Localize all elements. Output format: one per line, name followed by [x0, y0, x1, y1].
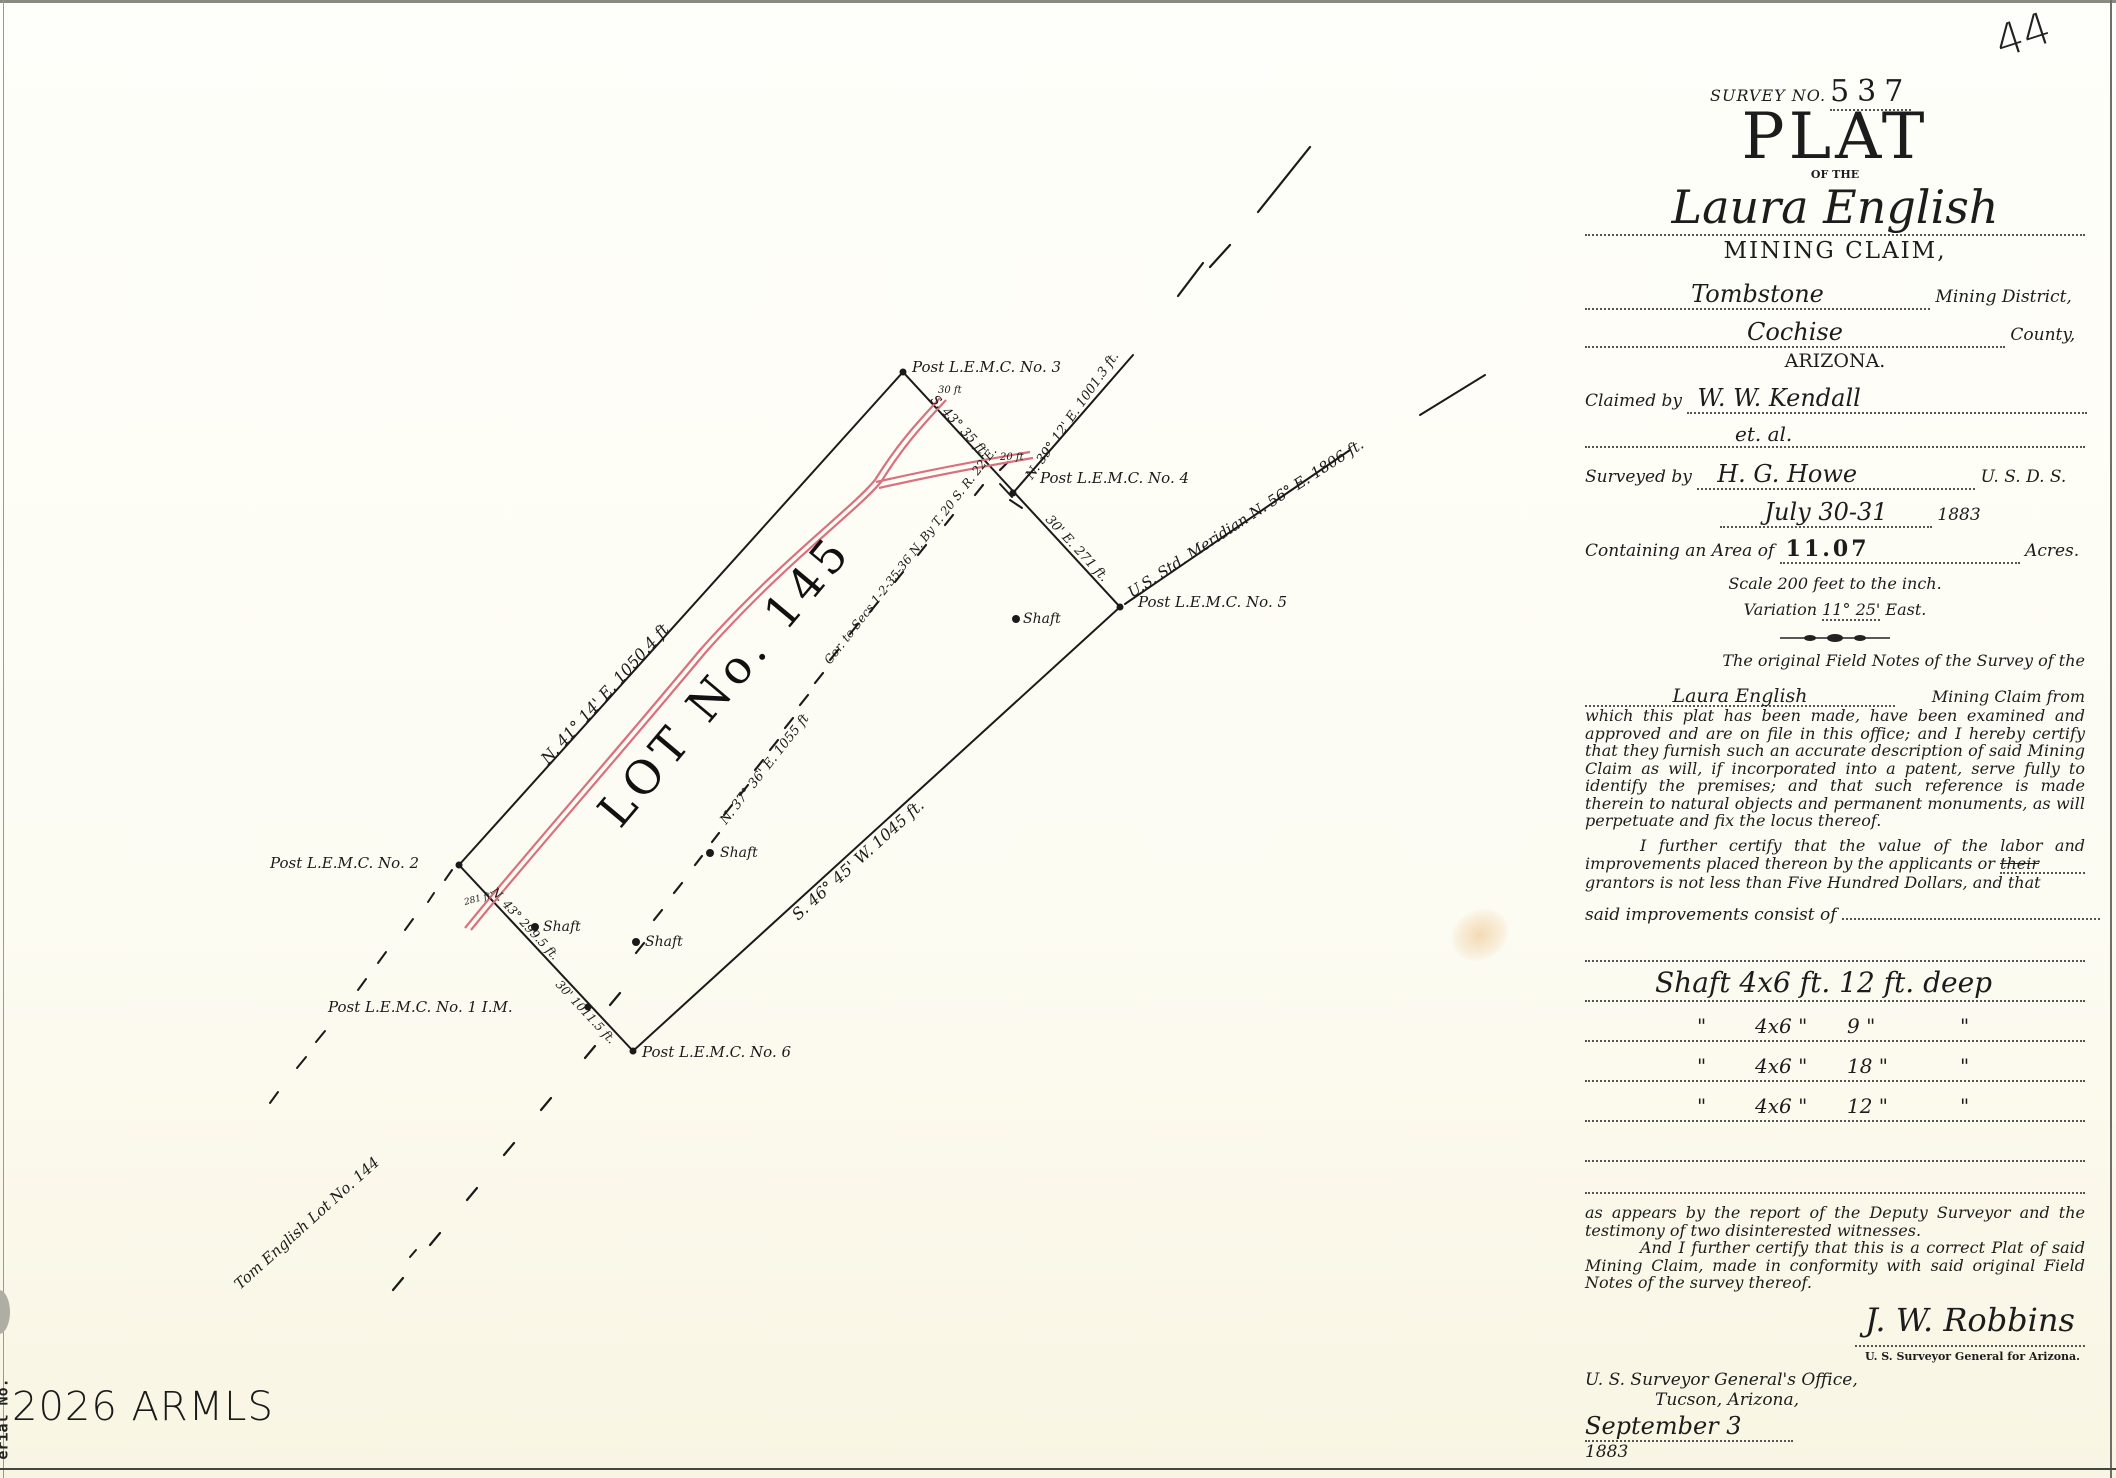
post-2-label: Post L.E.M.C. No. 2 — [269, 854, 419, 872]
post-6-marker — [630, 1048, 637, 1055]
improvement-4-ditto: " — [1697, 1094, 1706, 1118]
improvement-4-dims: 4x6 " — [1755, 1094, 1807, 1118]
county-value: Cochise — [1747, 318, 1843, 346]
improvements-blank-line-2 — [1585, 1122, 2085, 1162]
claimed-by-row: Claimed by W. W. Kendall — [1585, 384, 2085, 414]
improvements-blank-line — [1585, 922, 2085, 962]
post-4-label: Post L.E.M.C. No. 4 — [1039, 469, 1189, 487]
para1-lead: The original Field Notes of the Survey o… — [1585, 652, 2085, 670]
survey-date-row: July 30-31 1883 — [1585, 498, 2085, 528]
improvement-3-depth: 18 " — [1847, 1054, 1888, 1078]
improvement-2-ditto: " — [1697, 1014, 1706, 1038]
post-5-marker — [1117, 604, 1124, 611]
vein-ne-b: 20 ft — [999, 452, 1025, 463]
shaft-label-2: Shaft — [720, 845, 758, 861]
plat-title: PLAT — [1585, 100, 2085, 174]
variation-dir: East. — [1885, 600, 1926, 619]
adjacent-claim-dashes — [270, 870, 452, 1257]
post-1-label: Post L.E.M.C. No. 1 I.M. — [327, 998, 513, 1016]
ornament-divider — [1780, 632, 1890, 644]
office-label: U. S. Surveyor General's Office, — [1585, 1370, 1858, 1390]
improvement-4-depth: 12 " — [1847, 1094, 1888, 1118]
meridian-tie-dash — [1420, 375, 1485, 415]
certificate-paragraph-2: I further certify that the value of the … — [1585, 837, 2085, 892]
certificate-year: 1883 — [1585, 1442, 1628, 1462]
edge-serial-text: erial No. — [0, 1378, 12, 1459]
improvement-2-ditto2: " — [1960, 1014, 1969, 1038]
improvement-2-depth: 9 " — [1847, 1014, 1875, 1038]
para2-b: grantors is not less than Five Hundred D… — [1585, 873, 2041, 892]
para1-body: which this plat has been made, have been… — [1585, 707, 2085, 830]
district-value: Tombstone — [1691, 280, 1824, 308]
post-2-marker — [456, 862, 463, 869]
survey-year: 1883 — [1937, 505, 1980, 525]
claimed-by-value: W. W. Kendall — [1697, 384, 1860, 412]
county-row: Cochise County, — [1585, 318, 2085, 348]
adjacent-claim-label: Tom English Lot No. 144 — [231, 1153, 383, 1293]
claim-type: MINING CLAIM, — [1585, 238, 2085, 264]
post-5-label: Post L.E.M.C. No. 5 — [1137, 593, 1287, 611]
variation-label: Variation — [1744, 600, 1817, 619]
surveyor-title: U. S. D. S. — [1981, 467, 2067, 487]
shaft-marker-2 — [706, 849, 714, 857]
improvement-4-ditto2: " — [1960, 1094, 1969, 1118]
certificate-paragraph-1: The original Field Notes of the Survey o… — [1585, 652, 2085, 830]
para1-after-claim: Mining Claim from — [1932, 688, 2085, 706]
vein-sw: 281 ft — [462, 891, 492, 908]
signature-line: J. W. Robbins — [1855, 1305, 2085, 1347]
claimed-by-cont-row: et. al. — [1585, 422, 2085, 448]
shaft-marker-1 — [1012, 615, 1020, 623]
para1-claim: Laura English — [1672, 685, 1807, 707]
improvement-line-2: " 4x6 " 9 " " — [1585, 1002, 2085, 1042]
district-row: Tombstone Mining District, — [1585, 280, 2085, 310]
improvement-line-1: Shaft 4x6 ft. 12 ft. deep — [1585, 962, 2085, 1002]
para3-a: as appears by the report of the Deputy S… — [1585, 1204, 2085, 1239]
right-border — [2110, 0, 2112, 1478]
watermark: 2026 ARMLS — [12, 1384, 274, 1430]
survey-date-value: July 30-31 — [1764, 498, 1887, 526]
bearing-southeast-side: S. 46° 45' W. 1045 ft. — [788, 795, 928, 923]
improvement-2-dims: 4x6 " — [1755, 1014, 1807, 1038]
variation-value: 11° 25' — [1822, 600, 1880, 621]
page-number: 44 — [1988, 3, 2057, 69]
signature: J. W. Robbins — [1865, 1301, 2075, 1339]
post-6-label: Post L.E.M.C. No. 6 — [641, 1043, 791, 1061]
sw-end-lower: 30' 1011.5 ft. — [553, 977, 619, 1046]
shaft-label-1: Shaft — [1023, 611, 1061, 627]
claim-name: Laura English — [1585, 180, 2085, 236]
area-label: Containing an Area of — [1585, 541, 1774, 561]
territory: ARIZONA. — [1585, 350, 2085, 372]
post-4-marker — [1010, 490, 1017, 497]
post-3-marker — [900, 369, 907, 376]
bearing-centerline: N. 37° 36' E. 1055 ft — [717, 711, 813, 828]
variation-row: Variation 11° 25' East. — [1585, 600, 2085, 619]
claimed-by-cont: et. al. — [1735, 422, 1792, 446]
scale-note: Scale 200 feet to the inch. — [1585, 574, 2085, 593]
district-label: Mining District, — [1935, 287, 2071, 307]
surveyed-by-value: H. G. Howe — [1717, 460, 1857, 488]
improvement-line-4: " 4x6 " 12 " " — [1585, 1082, 2085, 1122]
centerline-dashes — [393, 147, 1310, 1290]
office-city: Tucson, Arizona, — [1655, 1390, 1799, 1410]
area-row: Containing an Area of 11.07 Acres. — [1585, 536, 2085, 564]
certificate-date-row: September 3 1883 — [1585, 1412, 1835, 1462]
shaft-label-3: Shaft — [543, 919, 581, 935]
meridian-label: U.S. Std. Meridian N. 56° E. 1806 ft. — [1124, 435, 1367, 601]
county-label: County, — [2010, 325, 2075, 345]
claim-map: Post L.E.M.C. No. 3 Post L.E.M.C. No. 4 … — [0, 0, 1580, 1478]
post-3-label: Post L.E.M.C. No. 3 — [911, 358, 1061, 376]
plat-document: Post L.E.M.C. No. 3 Post L.E.M.C. No. 4 … — [0, 0, 2116, 1478]
ne-end-lower: 30' E. 271 ft. — [1042, 512, 1111, 584]
shaft-marker-4 — [632, 938, 640, 946]
certificate-date: September 3 — [1585, 1412, 1742, 1440]
area-unit: Acres. — [2025, 541, 2079, 561]
improvement-3-dims: 4x6 " — [1755, 1054, 1807, 1078]
surveyed-by-row: Surveyed by H. G. Howe U. S. D. S. — [1585, 460, 2085, 490]
shaft-label-4: Shaft — [645, 934, 683, 950]
vein-ne-a: 30 ft — [938, 385, 963, 396]
area-value: 11.07 — [1786, 536, 1870, 562]
improvement-line-3: " 4x6 " 18 " " — [1585, 1042, 2085, 1082]
signature-caption: U. S. Surveyor General for Arizona. — [1865, 1350, 2080, 1363]
improvement-3-ditto2: " — [1960, 1054, 1969, 1078]
claimed-by-label: Claimed by — [1585, 391, 1682, 411]
para3-b: And I further certify that this is a cor… — [1585, 1239, 2085, 1292]
improvement-3-ditto: " — [1697, 1054, 1706, 1078]
improvements-blank-line-3 — [1585, 1162, 2085, 1194]
para2-their: their — [2000, 855, 2085, 875]
surveyed-by-label: Surveyed by — [1585, 467, 1692, 487]
improvement-1: Shaft 4x6 ft. 12 ft. deep — [1655, 966, 1992, 999]
certificate-paragraph-3: as appears by the report of the Deputy S… — [1585, 1204, 2085, 1292]
ne-end-upper: S. 43° 35 ft. — [927, 392, 992, 460]
